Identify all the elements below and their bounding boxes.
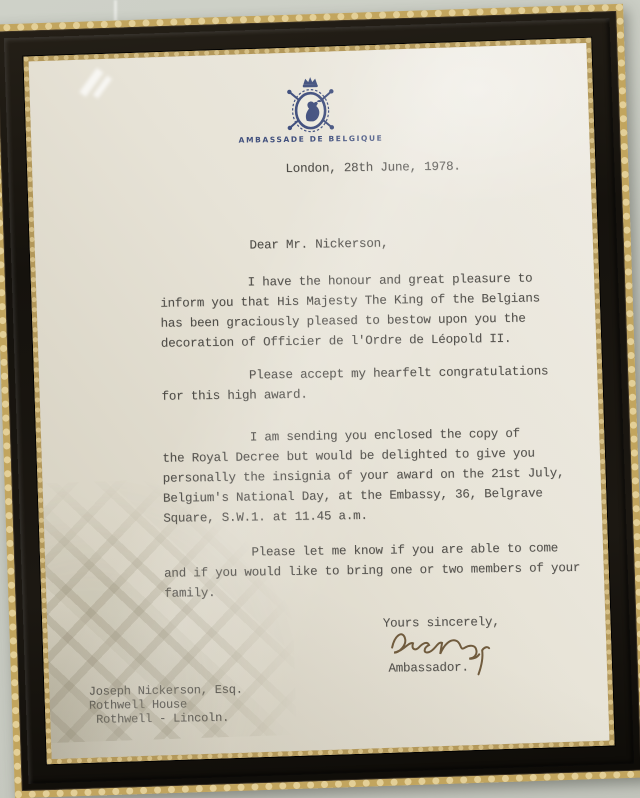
paragraph-invitation-family: Please let me know if you are able to co… — [164, 538, 610, 604]
letter-content: AMBASSADE DE BELGIQUE London, 28th June,… — [34, 49, 602, 755]
embassy-name: AMBASSADE DE BELGIQUE — [226, 133, 396, 144]
recipient-address: Joseph Nickerson, Esq. Rothwell House Ro… — [89, 683, 244, 727]
paragraph-ceremony-details: I am sending you enclosed the copy of th… — [162, 423, 609, 529]
signer-title: Ambassador. — [388, 657, 469, 678]
paragraph-award-announcement: I have the honour and great pleasure to … — [160, 268, 607, 354]
salutation: Dear Mr. Nickerson, — [249, 234, 388, 256]
picture-frame: AMBASSADE DE BELGIQUE London, 28th June,… — [0, 4, 640, 798]
date-line: London, 28th June, 1978. — [285, 157, 460, 179]
frame-inner-gold-fillet: AMBASSADE DE BELGIQUE London, 28th June,… — [23, 38, 614, 764]
belgian-royal-crest-icon — [278, 74, 343, 137]
paragraph-congratulations: Please accept my hearfelt congratulation… — [161, 361, 608, 407]
letter-paper: AMBASSADE DE BELGIQUE London, 28th June,… — [29, 43, 610, 759]
